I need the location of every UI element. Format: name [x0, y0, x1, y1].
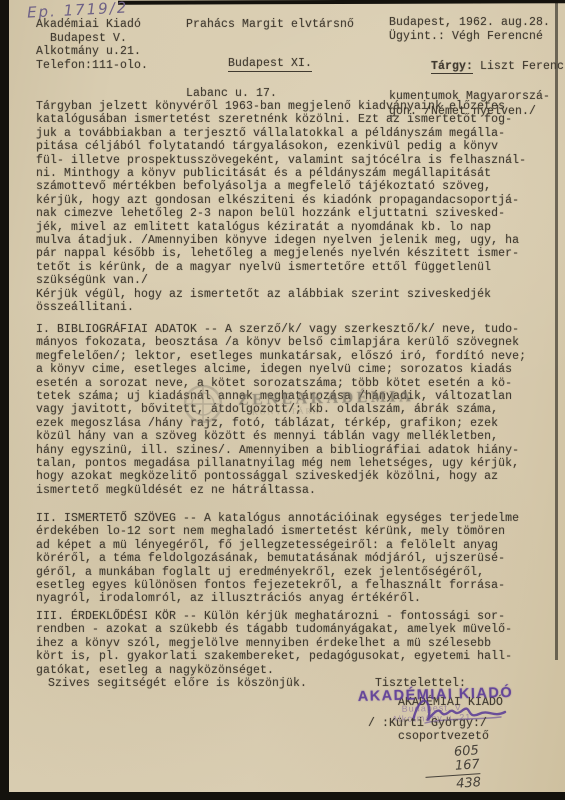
paragraph-intro: Tárgyban jelzett könyvéről 1963-ban megj…	[36, 100, 526, 315]
recipient-city-text: Budapest XI.	[228, 57, 312, 72]
date-line: Budapest, 1962. aug.28.	[389, 16, 565, 30]
library-stamp-subtext: KÖNYVTÁRA	[252, 406, 321, 416]
recipient-block: Prahács Margit elvtársnő Budapest XI. La…	[186, 18, 354, 101]
sender-block: Akadémiai Kiadó Budapest V. Alkotmány u.…	[36, 18, 148, 72]
subject-line: Tárgy: Liszt Ferenc do-	[389, 45, 565, 88]
handler-line: Ügyint.: Végh Ferencné	[389, 30, 565, 44]
scan-edge-top	[118, 0, 565, 5]
recipient-name: Prahács Margit elvtársnő	[186, 18, 354, 32]
recipient-street: Labanc u. 17.	[186, 87, 354, 101]
section-interest-scope: III. ÉRDEKLŐDÉSI KÖR -- Külön kérjük meg…	[36, 610, 512, 677]
scan-edge-bottom	[0, 792, 565, 800]
library-stamp-emblem-icon	[182, 383, 224, 430]
section-review-text: II. ISMERTETŐ SZÖVEG -- A katalógus anno…	[36, 512, 519, 606]
subject-label: Tárgy:	[431, 60, 473, 75]
signer-role: csoportvezető	[398, 730, 489, 743]
calc-notes: 605 167 438	[423, 744, 481, 794]
recipient-city: Budapest XI.	[186, 43, 354, 86]
subject-first: Liszt Ferenc do-	[473, 60, 565, 73]
closing-thanks: Szives segitségét előre is köszönjük.	[48, 677, 307, 690]
signer-name: / :Kürti György:/	[368, 717, 487, 730]
letter-page: Ep. 1719/2 Akadémiai Kiadó Budapest V. A…	[0, 0, 565, 800]
